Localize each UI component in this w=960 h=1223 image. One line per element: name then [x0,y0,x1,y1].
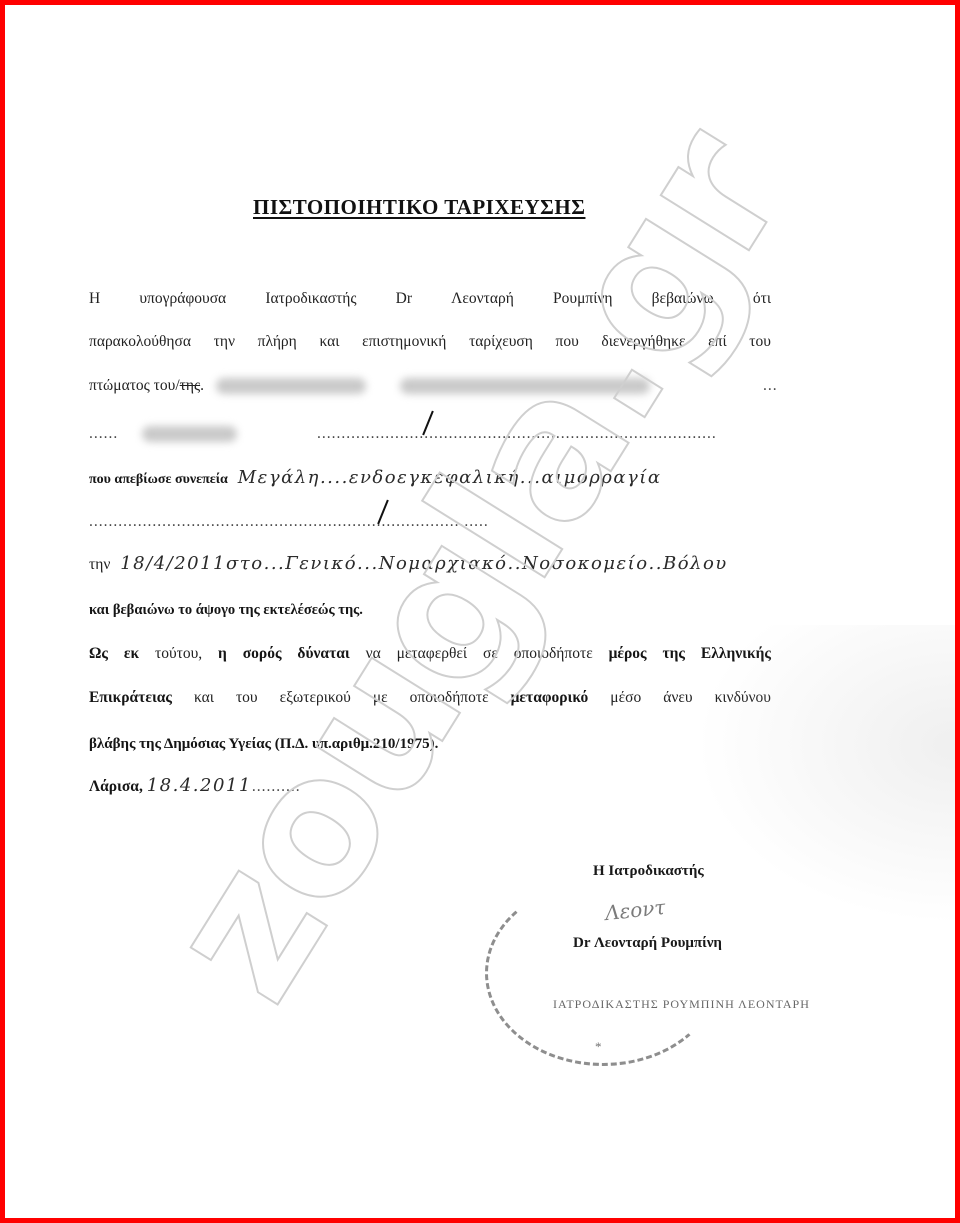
redacted-detail [142,426,237,442]
deceased-line: πτώματος του/της. [89,377,650,395]
signed-date-handwritten: 18.4.2011 [147,775,252,796]
paragraph-2-line-3: βλάβης της Δημόσιας Υγείας (Π.Δ. υπ.αριθ… [89,736,438,753]
cause-of-death-line: που απεβίωσε συνεπεία Μεγάλη....ενδοεγκε… [89,467,662,488]
document-title: ΠΙΣΤΟΠΟΙΗΤΙΚΟ ΤΑΡΙΧΕΥΣΗΣ [253,195,585,220]
paragraph-1-line-1: Η υπογράφουσα Ιατροδικαστής Dr Λεονταρή … [89,290,771,308]
dotted-fill-1: ........................................… [317,425,769,443]
paragraph-1-line-2: παρακολούθησα την πλήρη και επιστημονική… [89,333,771,351]
cause-of-death-handwritten: Μεγάλη....ενδοεγκεφαλική...αιμορραγία [238,467,662,488]
document-page: ΠΙΣΤΟΠΟΙΗΤΙΚΟ ΤΑΡΙΧΕΥΣΗΣ Η υπογράφουσα Ι… [5,5,955,1218]
official-stamp [485,880,721,1066]
signatory-role: Η Ιατροδικαστής [593,863,704,880]
date-of-death-handwritten: 18/4/2011 [120,553,226,574]
stamp-star-icon: * [595,1039,602,1055]
certify-line: και βεβαιώνω το άψογο της εκτελέσεώς της… [89,602,363,619]
place-of-death-handwritten: στο...Γενικό...Νομαρχιακό..Νοσοκομείο..Β… [226,553,728,574]
paragraph-2-line-1: Ως εκ τούτου, η σορός δύναται να μεταφερ… [89,645,771,663]
redacted-detail-line: ...... [89,425,237,443]
stamp-text: ΙΑΤΡΟΔΙΚΑΣΤΗΣ ΡΟΥΜΠΙΝΗ ΛΕΟΝΤΑΡΗ [553,997,810,1012]
struck-text: της [180,377,200,394]
redacted-name [216,378,366,394]
date-place-line: την 18/4/2011στο...Γενικό...Νομαρχιακό..… [89,553,728,574]
paragraph-2-line-2: Επικράτειας και του εξωτερικού με οποιοδ… [89,689,771,707]
redacted-surname [400,378,650,394]
signatory-name: Dr Λεονταρή Ρουμπίνη [573,935,722,952]
place-date-line: Λάρισα, 18.4.2011.......... [89,775,301,796]
trailing-dots: ... [763,377,778,395]
dotted-fill-2: ........................................… [89,513,769,531]
